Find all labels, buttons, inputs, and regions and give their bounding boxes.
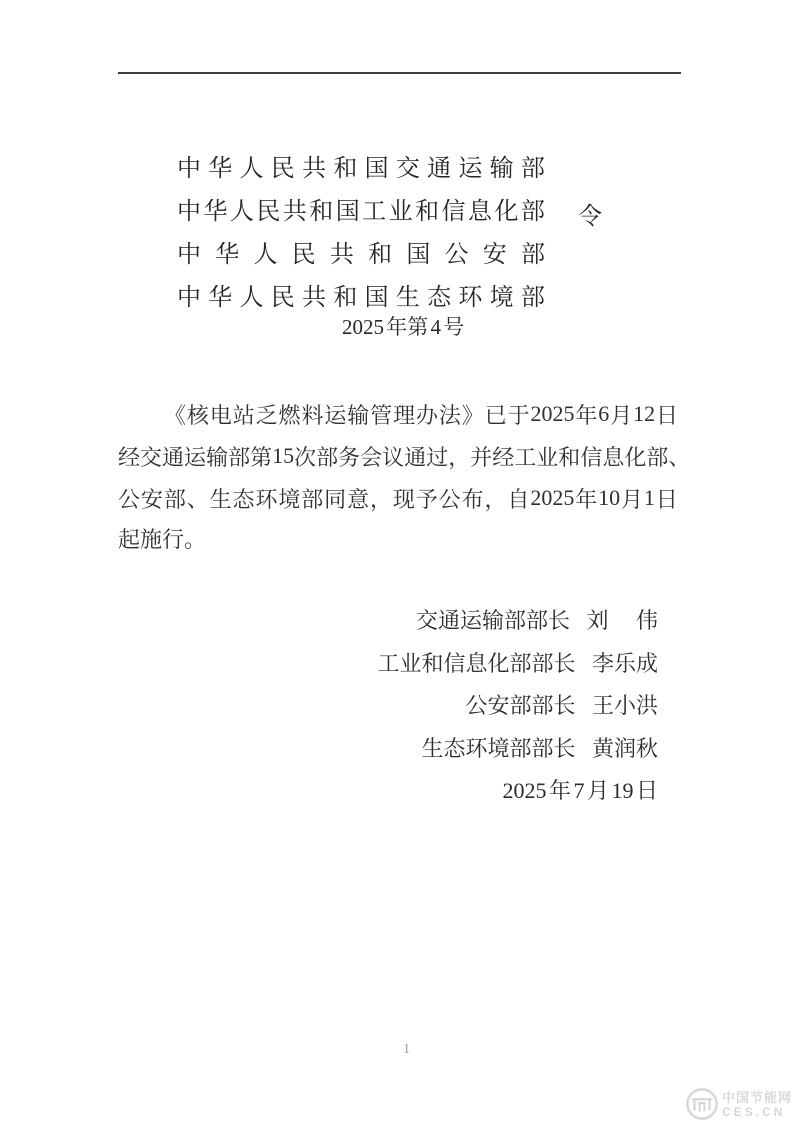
signature-public-security-minister: 公安部部长 王小洪 [377, 685, 658, 728]
decree-body-paragraph: 《核电站乏燃料运输管理办法》已于2025年6月12日 经交通运输部第15次部务会… [118, 393, 678, 561]
page-number: 1 [403, 1042, 410, 1058]
signature-ecology-minister: 生态环境部部长 黄润秋 [377, 728, 658, 771]
decree-character: 令 [578, 196, 602, 231]
signature-date: 2025 年 7 月 19 日 [377, 770, 658, 813]
ministry-name-miit: 中华人民共和国工业和信息化部 [177, 187, 545, 230]
ministry-name-transport: 中华人民共和国交通运输部 [177, 144, 545, 187]
watermark-site-name: 中国节能网 [722, 1091, 792, 1104]
signature-miit-minister: 工业和信息化部部长 李乐成 [377, 643, 658, 686]
body-line: 《核电站乏燃料运输管理办法》已于2025年6月12日 [118, 393, 678, 435]
signature-transport-minister: 交通运输部部长 刘 伟 [377, 600, 658, 643]
ministry-name-public-security: 中华人民共和国公安部 [177, 230, 545, 273]
body-line: 经交通运输部第15次部务会议通过，并经工业和信息化部、 [118, 435, 678, 477]
watermark-site-domain: CES.CN [722, 1106, 792, 1118]
body-line: 起施行。 [118, 519, 678, 561]
ministry-name-ecology: 中华人民共和国生态环境部 [177, 273, 545, 316]
document-page: 中华人民共和国交通运输部 中华人民共和国工业和信息化部 中华人民共和国公安部 中… [0, 0, 800, 1131]
watermark: 中国节能网 CES.CN [685, 1086, 792, 1122]
ces-logo-icon [685, 1086, 719, 1122]
header-rule [118, 72, 681, 74]
ministries-title-block: 中华人民共和国交通运输部 中华人民共和国工业和信息化部 中华人民共和国公安部 中… [177, 144, 545, 316]
body-line: 公安部、生态环境部同意，现予公布，自2025年10月1日 [118, 477, 678, 519]
signature-block: 交通运输部部长 刘 伟 工业和信息化部部长 李乐成 公安部部长 王小洪 生态环境… [377, 600, 658, 813]
watermark-text: 中国节能网 CES.CN [722, 1091, 792, 1118]
decree-number: 2025 年第 4 号 [342, 311, 464, 341]
